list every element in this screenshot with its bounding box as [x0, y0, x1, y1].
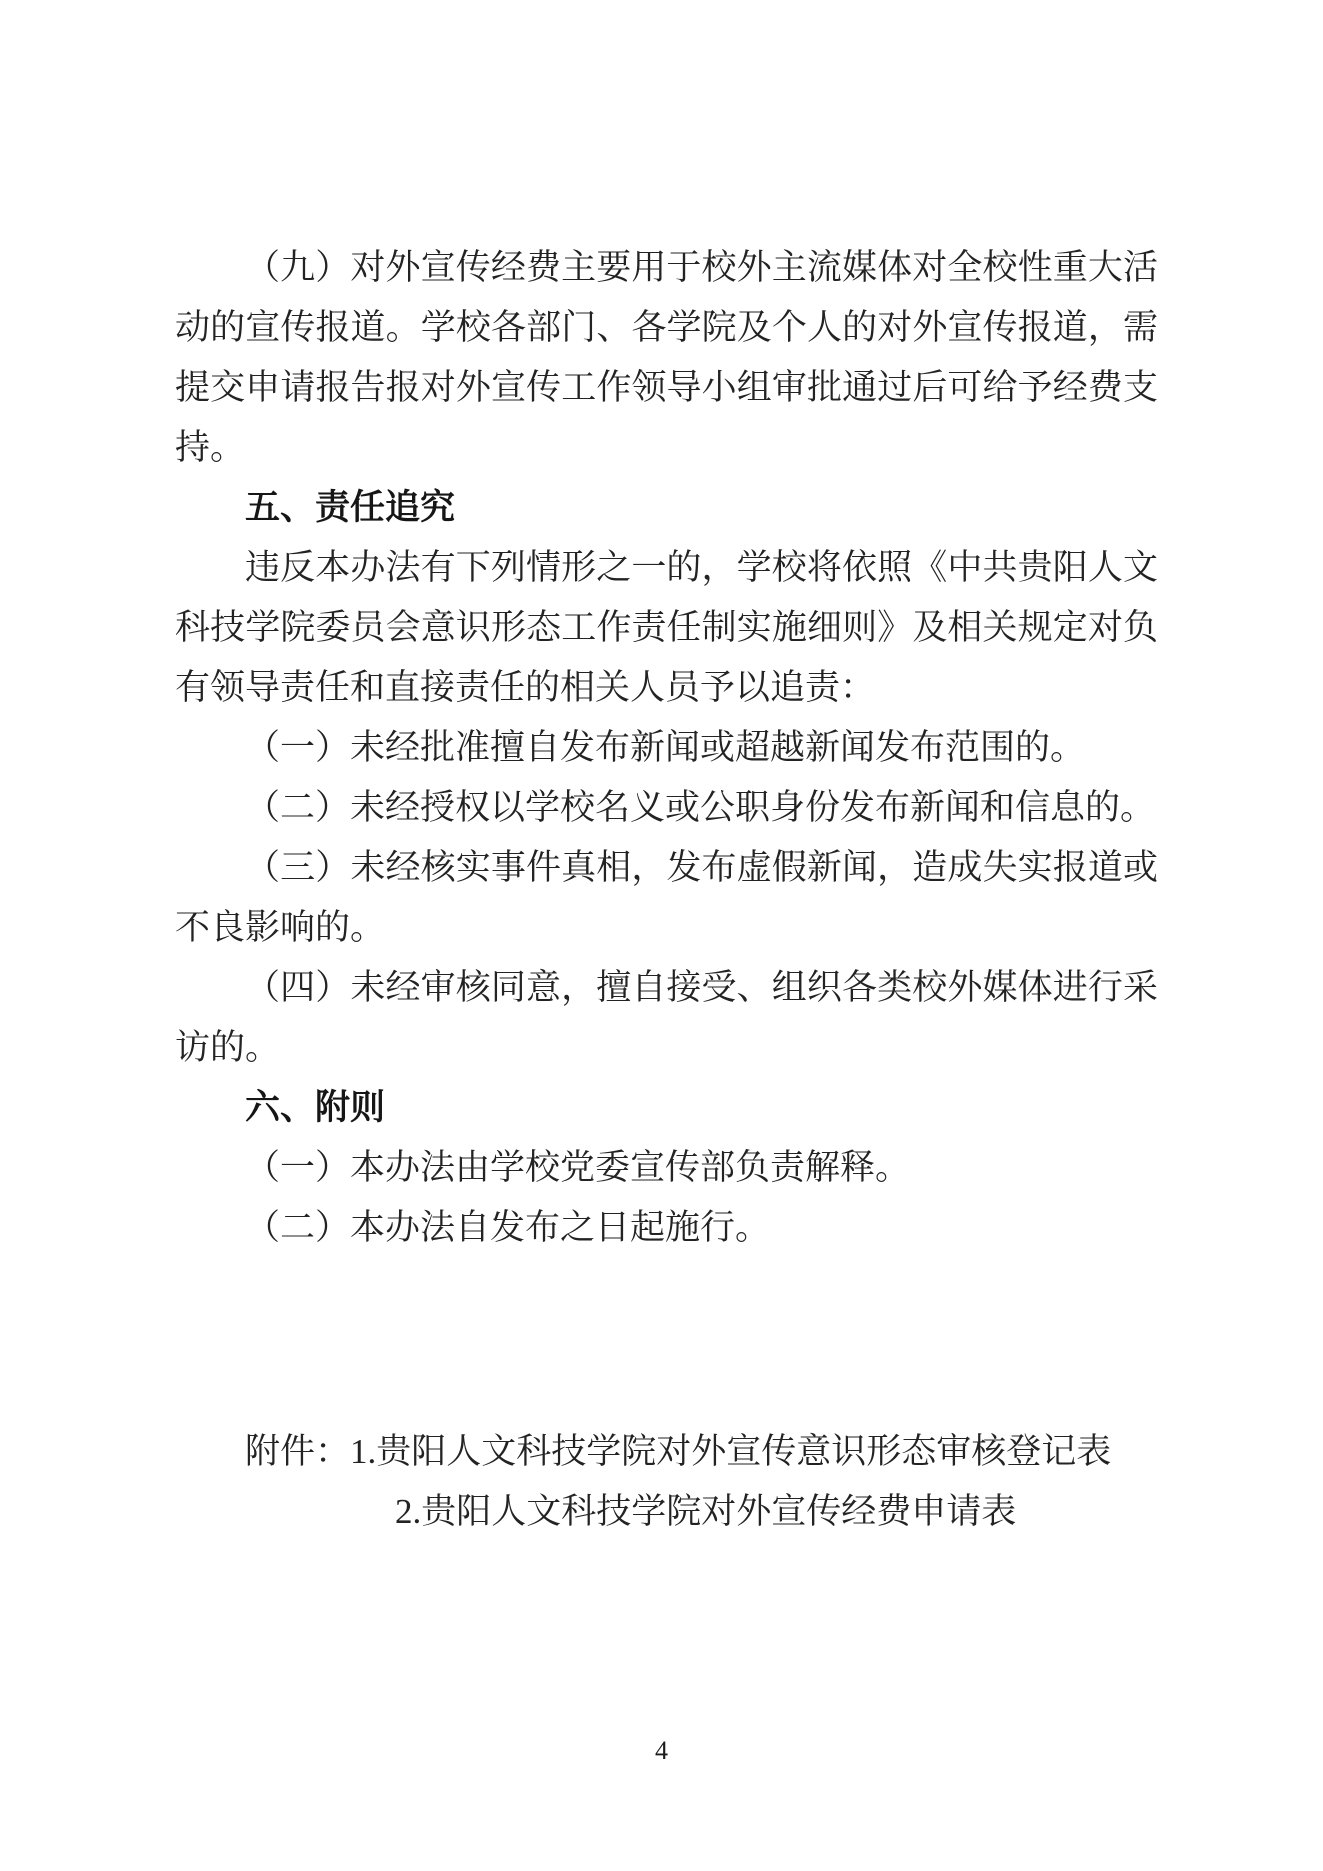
attachment-item-2: 2.贵阳人文科技学院对外宣传经费申请表 — [175, 1482, 1158, 1542]
supplementary-item-1: （一）本办法由学校党委宣传部负责解释。 — [175, 1138, 1158, 1198]
document-body: （九）对外宣传经费主要用于校外主流媒体对全校性重大活动的宣传报道。学校各部门、各… — [175, 238, 1158, 1542]
attachment-item-1: 1.贵阳人文科技学院对外宣传意识形态审核登记表 — [350, 1432, 1111, 1471]
attachments-block: 附件：1.贵阳人文科技学院对外宣传意识形态审核登记表 2.贵阳人文科技学院对外宣… — [175, 1422, 1158, 1542]
supplementary-item-2: （二）本办法自发布之日起施行。 — [175, 1198, 1158, 1258]
document-page: （九）对外宣传经费主要用于校外主流媒体对全校性重大活动的宣传报道。学校各部门、各… — [0, 0, 1323, 1871]
accountability-item-2: （二）未经授权以学校名义或公职身份发布新闻和信息的。 — [175, 778, 1158, 838]
paragraph-accountability-intro: 违反本办法有下列情形之一的，学校将依照《中共贵阳人文科技学院委员会意识形态工作责… — [175, 538, 1158, 718]
page-number: 4 — [0, 1735, 1323, 1767]
attachment-line-1: 附件：1.贵阳人文科技学院对外宣传意识形态审核登记表 — [175, 1422, 1158, 1482]
section-heading-6-supplementary: 六、附则 — [175, 1078, 1158, 1138]
accountability-item-4: （四）未经审核同意，擅自接受、组织各类校外媒体进行采访的。 — [175, 958, 1158, 1078]
accountability-item-3: （三）未经核实事件真相，发布虚假新闻，造成失实报道或不良影响的。 — [175, 838, 1158, 958]
attachments-label: 附件： — [245, 1432, 350, 1471]
accountability-item-1: （一）未经批准擅自发布新闻或超越新闻发布范围的。 — [175, 718, 1158, 778]
paragraph-clause-9: （九）对外宣传经费主要用于校外主流媒体对全校性重大活动的宣传报道。学校各部门、各… — [175, 238, 1158, 478]
section-heading-5-accountability: 五、责任追究 — [175, 478, 1158, 538]
